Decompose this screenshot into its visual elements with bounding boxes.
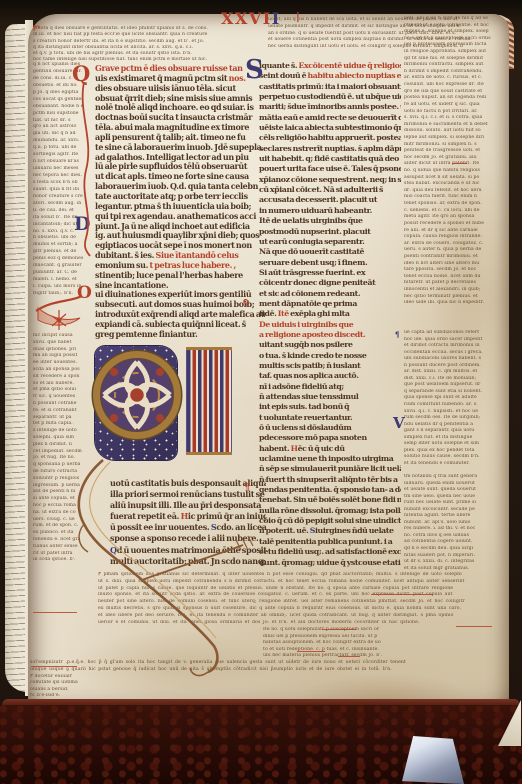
bottom-gloss-main: ⁋ p̄mam q̄stionem dōs gratianus sic dete… [98, 572, 507, 626]
main-text-column-one-lower: uotū castitatis buis desponsauit aliquā.… [110, 478, 266, 567]
text-segment: ut dr̄ s. xxxii. di. c. integritas [404, 559, 474, 564]
red-underline-mark [338, 656, 360, 657]
text-line: tet p mlta capla. [33, 421, 95, 428]
text-segment: comitate q̄sl uidima [30, 680, 78, 685]
text-segment: in scda q̄stiōe. b'. [33, 557, 76, 562]
text-segment: n̄ poterit. uē. [259, 526, 310, 535]
text-line: ⁋ p̄mam q̄stionem dōs gratianus sic dete… [98, 572, 507, 579]
text-segment: nī i adsōne fideliū atq; [259, 382, 344, 391]
text-line: ianuarii nec mēses [33, 166, 95, 173]
text-segment: n̄ possunt cōtrahe [33, 401, 77, 406]
text-line: habitus assūptionem. et hoc colligitr ex… [263, 640, 507, 647]
text-segment: ar. extra de cōuers. cōiugatoz. c. [404, 241, 483, 246]
text-line: in numero uiduarū habeantr. [259, 206, 401, 216]
text-line: n̄ sēp se simulauerīt puniāre licit uelā… [259, 464, 401, 474]
text-line: Itē no. q̄ uotū solēpnizatr p susceptōem… [263, 627, 507, 634]
text-line: lū ale pirle supfluidos tēlū obseruarūt [95, 162, 265, 172]
text-line: greg pemtenne finiantur. [95, 330, 265, 340]
text-line: egiptiacos uocāt sepe ī nos monert non [95, 241, 265, 251]
text-segment: tm̄ notandū q̄ tria sunt genera [404, 474, 477, 479]
text-segment: ne ē qd fit p susceptōem sacri ordis [404, 36, 491, 41]
red-paragraph-mark: ꝯ [243, 298, 248, 307]
text-line: cēls religiōo habitu appruerīt. postea [259, 133, 401, 143]
text-segment: atori. secdm aug. in [33, 201, 81, 206]
text-segment: ad cōtinentiā cogere uolunt. [404, 539, 473, 544]
text-line: copulā. causa religiōis intrande. [404, 234, 506, 241]
text-line: emonium su. t petras luce habere. , [95, 261, 265, 271]
text-segment: iquante s̄. [259, 61, 299, 70]
text-line: introduxūt exq̄rendi aliqd arte malefica… [95, 310, 265, 320]
text-segment: Nā que dō uouerīt castitatē [259, 247, 364, 256]
text-segment: n̄ lict obsuare kl'as [33, 159, 79, 164]
red-gloss-mark: pꝰ [33, 25, 40, 31]
text-line: p̄senti contrahitr mrimoniū. et [404, 254, 506, 261]
text-segment: uēiste laica abiecta subtestimonio q̄m e… [259, 123, 401, 132]
text-line: Si aūt trāsgresse fuerint. ex [259, 268, 401, 278]
text-segment: sine incantatione. [95, 281, 168, 290]
text-segment: hoc p ecclia roma [33, 503, 76, 508]
text-line: cōsuluit. ubi hoc expresse dr̄. Itē [404, 82, 506, 89]
text-segment: Siue ītantandō celus [156, 251, 239, 260]
text-line: dunt. q̄romag; uidue q̄ ystcouse etati [259, 558, 401, 568]
text-segment: uit habebit. q; fidē castitatis quā deo [259, 154, 399, 163]
text-segment: dissolui. solutō. aut uotū fuit so [404, 128, 481, 133]
text-line: te sine cā laborauerim inuob. Jdē supepl… [95, 143, 265, 153]
text-line: n̄ poterit. uē. Siuirgines n̄dū uelate [259, 526, 401, 536]
text-line: uerū. s̄ aliter n̄. quia p uerba de [404, 247, 506, 254]
text-segment: ideo n̄ lict alteri sine altero mu [404, 261, 479, 266]
text-line: c. ueniens. et c. cū locū. ubi de [404, 208, 506, 215]
text-segment: fligitr talib;. b'n. [33, 291, 73, 296]
text-segment: gitr plenius. et de [33, 249, 76, 254]
text-line: uotū dō factū n̄ pōt irritari. ar. [404, 109, 506, 116]
initial-Q-red: Q [72, 63, 90, 84]
text-line: possit recedere a sponso et nube [404, 221, 506, 228]
text-segment: de futuro cōtracta [33, 469, 77, 474]
text-segment: ar. extra de uoto. c. rursus. et c. [404, 75, 482, 80]
text-line: duplex ē. solēpne et simplex. solēp [404, 29, 506, 36]
text-line: in scda q̄stiōe. b'. [33, 557, 95, 564]
illuminated-initial-medallion [93, 351, 181, 439]
text-line: innocentii et alexandri. in quib; [404, 287, 506, 294]
text-segment: ⁋ p̄mam q̄stionem dōs gratianus sic dete… [98, 572, 462, 577]
text-line: piunt. Ja ū ne aliqd inchoet aut edifici… [95, 222, 265, 232]
text-segment: ū possit ee inr uouentes. [110, 522, 211, 532]
text-segment: gia uti. dic q̄ n̄ ad [33, 131, 76, 136]
text-line: fuerat repetit eā. Hic primū q̄r an iniu… [110, 511, 266, 522]
text-line: uoti; alii q̄ uo n̄ sunt de his q̄ ad sē [404, 16, 506, 23]
text-segment: peniteat de trāsgressōe uoti. et [404, 148, 480, 153]
text-segment: puniuntr. ar. C. de [33, 270, 77, 275]
red-underline-mark [297, 651, 325, 652]
text-segment: H [291, 444, 298, 453]
text-line: nī i adsōne fideliū atq; [259, 382, 401, 392]
text-segment: piunt. Ja ū ne aliqd inchoet aut edifici… [95, 222, 250, 231]
text-segment: uoti; alii q̄ uo n̄ sunt de his q̄ ad sē [404, 16, 488, 21]
text-segment: s̄ creatori honor defertr ibi. et ita n̄… [33, 39, 204, 44]
manuscript-photo: XXVII ⁋ nota q̄ dies obsuare ē gentilita… [0, 0, 522, 784]
text-line: tenet sponsio. ar. extra de spon. [404, 201, 506, 208]
text-line: gitr plenius. et de [33, 249, 95, 256]
text-segment: uel p professōem expressam factā [404, 42, 487, 47]
text-segment: ui diuinationes experiūt imors gentiliū [95, 290, 251, 299]
text-segment: ex publico. et ita [33, 530, 74, 535]
text-line: q̄ro de illa q̄ue uouit castitatē et [404, 89, 506, 96]
bottom-gloss-wide: sol'empnizatr .p.e.q̄.e. hoc p̄ q̄ gl'am… [30, 659, 506, 673]
text-segment: mitr mrimoniū. si simplex n̄. s̄ [404, 142, 477, 147]
text-line: cos uocāt q̄s gentiles [33, 97, 95, 104]
text-line: uclamine uene th inposito uirgima [259, 454, 401, 464]
text-line: n̄ fuert th sinupserīt aliq̄nto tēr bis … [259, 475, 401, 485]
text-segment: aliter dicūt ut infra patebit. Itē [404, 161, 479, 166]
text-line: et sic ad cōionem redeant. [259, 289, 401, 299]
text-segment: uerior ē et cōmunis. ut dixi. et ita ten… [98, 620, 420, 625]
text-segment: perpetuo custodiendū ē. ut ubq̄ue uidue [259, 92, 401, 101]
text-segment: metu agitr. Itē q̄ro an sponsa [404, 214, 474, 219]
text-segment: tr sic. q̄ uouentes [33, 394, 75, 399]
text-line: ū possit ee inr uouentes. Scdo. an licea… [110, 522, 266, 533]
text-line: cōicentr donec digne peniteāt [259, 278, 401, 288]
text-line: diuinis et sortib; a [33, 242, 95, 249]
text-segment: hoc idē. quia ordo sacer impedit [404, 337, 483, 342]
text-segment: assūpsit licet n̄ sit uelata. si po [404, 175, 479, 180]
text-line: diuinandū. ar. xxvi. [33, 138, 95, 145]
margin-initial-V-blue: V [393, 416, 405, 431]
text-line: postea nupsit. an sit cogenda redi [404, 95, 506, 102]
text-segment: stea nubat. excōicanda ē ut hic [404, 181, 480, 186]
text-segment: expiandi cā. subiecta quiq̄nni liceat. s… [95, 320, 246, 329]
text-segment: q̄ro de illa q̄ue uouit castitatē et [404, 89, 482, 94]
text-segment: tianus aliter sense [33, 544, 78, 549]
text-segment: so et alii nubere. [33, 381, 74, 386]
text-line: uis existimaret q̄ magnū pctm sit nos. [95, 74, 265, 84]
text-segment: tenebat. Sin uē boiēs solēt bone fidi nt… [259, 495, 401, 504]
text-line: sine incantatione. [95, 281, 265, 291]
text-segment: quia sponse xp̄i sunt et adulte [404, 395, 477, 400]
text-segment: di.iii. et hoc nisi fiat p̄p festa eccl'… [33, 32, 207, 37]
text-segment: honor creature s̄ cre [33, 194, 83, 199]
text-line: si ante copulā. et [33, 496, 95, 503]
text-line: fiat. ut hic dr̄. s̄ [33, 118, 95, 125]
text-line: ut dicat apls. timeo ne forte sine causa [95, 172, 265, 182]
text-segment: taf. quas nos aplica auctō. [259, 371, 359, 380]
red-underline-mark [322, 629, 356, 630]
text-segment: soluuntr p religiōis [33, 476, 79, 481]
text-line: stea nubat. excōicanda ē ut hic [404, 181, 506, 188]
text-line: aūt de p̄senti n̄ ni [33, 489, 95, 496]
text-segment: q.ii. p totū. ubi de [33, 145, 77, 150]
text-segment: s̄ festa scōx̄ b'n ob [33, 180, 78, 185]
text-line: seruare debent usq; ī finem. [259, 258, 401, 268]
text-segment: greg pemtenne finiantur. [95, 330, 197, 339]
text-line: hoc p ecclia roma [33, 503, 95, 510]
text-line: subsecuti. aut domos suas huimoi boib; [95, 300, 265, 310]
text-segment: ut dicat apls. timeo ne forte sine causa [95, 172, 249, 181]
main-text-column-one-upper: Grave pctm ē dies obsuare ruisse tanuis … [95, 64, 265, 340]
text-segment: lēpne aut simplex. si solēpne diri [404, 135, 484, 140]
text-line: q̄ sponsalia p uerba [33, 462, 95, 469]
text-segment: ma an iugiū possit [33, 353, 78, 358]
text-line: dubitant. s̄ ies. Siue ītantandō celus [95, 251, 265, 261]
text-segment: nos. [229, 74, 246, 83]
text-segment: gendas penitentia. q̄ sponsio tan- a dō [259, 485, 401, 494]
text-segment: De uiduis i uirginibs que [259, 320, 353, 329]
text-segment: H [181, 511, 188, 521]
text-segment: ubi hec materia plenius pertractatr. sec… [263, 653, 382, 658]
text-line: Jo. et hug. Itē no. [33, 455, 95, 462]
text-line: honor creature s̄ cre [33, 194, 95, 201]
text-line: aliū inupsit illi. Ille au p̄ri desponsa… [110, 500, 266, 511]
text-segment: pctm nisi sup̄stōne [33, 111, 79, 116]
text-line: ment dāpnatōie qe prima [259, 299, 401, 309]
text-segment: rum secdm oēs. Itē de uirginib; [404, 415, 480, 420]
text-segment: int epis suis. tad bonū q̄ [259, 402, 349, 411]
text-line: postmodū nupserint. placuit [259, 227, 401, 237]
text-line: ideo uide ibi. quia hic n̄ expeditr. [404, 300, 506, 307]
text-segment: l. culpa. ubi mors in [33, 284, 81, 289]
text-line: duas q̄stiones. pri [33, 347, 95, 354]
text-segment: plex n̄ dirimit. li [33, 442, 72, 447]
text-segment: rium cōmittunt nubendo. ar. s. [404, 402, 478, 407]
text-segment: obsuat q̄rrit dieb; sine misis siue amni… [95, 94, 252, 103]
text-line: qui tpi rex agendau. anathematicos acci [95, 212, 265, 222]
text-segment: copulā. causa religiōis intrande. [404, 234, 482, 239]
text-line: expiandi cā. subiecta quiq̄nni liceat. s… [95, 320, 265, 330]
text-line: uit habebit. q; fidē castitatis quā deo [259, 154, 401, 164]
text-line: ptinent ut ē uotū cōtinentie. et hoc [404, 23, 506, 30]
text-segment: no. q̄ uidua q̄ue habitū religiōis [404, 168, 480, 173]
text-segment: nitas suaderi pōt. n̄ imperari. [404, 553, 475, 558]
text-segment: tm̄ sine uelo. quedā nec uoue [404, 494, 475, 499]
text-line: ut s. dixi. quia simplex uotū impedit cō… [98, 579, 507, 586]
text-segment: cet impediat. secdm [33, 449, 82, 454]
text-segment: p̄senti contrahitr mrimoniū. et [404, 254, 478, 259]
text-line: dissolui. solutō. aut uotū fuit so [404, 128, 506, 135]
text-segment: castitatis primū: ita i maiori obsuantia [259, 82, 401, 91]
text-segment: et ideo libere pōt deo seruire. b'n. et … [98, 613, 453, 618]
text-segment: et dirimit cōtractū mrimoniū in [404, 343, 480, 348]
text-segment: qui tpi rex agendau. anathematicos acci [95, 212, 256, 221]
text-line: s̄ festa scōx̄ b'n ob [33, 180, 95, 187]
text-line: separantr. ut pa [33, 415, 95, 422]
text-segment: qd fit sine his. et solēpne dirimit [404, 56, 483, 61]
text-line: obsuabant. hodie n̄ ē [33, 104, 95, 111]
text-line: gia uti. dic q̄ n̄ ad [33, 131, 95, 138]
text-segment: ut earū coniugia separentr. [259, 237, 364, 246]
text-segment: nā. ut extra de cō [33, 510, 76, 515]
initial-D-blue: D [74, 215, 90, 234]
text-segment: nubunt. ar. apl's. uolo iunio [404, 520, 471, 525]
text-line: accusata decesserit. placuit ut [259, 195, 401, 205]
text-line: multis scis patib; n̄ iuslant [259, 361, 401, 371]
page-content-layer: XXVII ⁋ nota q̄ dies obsuare ē gentilita… [0, 0, 522, 784]
text-line: cetu fideliū usq;. ad satisfactionē excl… [259, 547, 401, 557]
text-segment: ⁋ docetur euiualr [30, 674, 72, 679]
bottom-gloss-right: Itē no. q̄ uotū solēpnizatr p susceptōem… [263, 627, 507, 660]
text-segment: uclamine uene th inposito uirgima [259, 454, 393, 463]
text-line: castitatis primū: ita i maiori obsuantia [259, 82, 401, 92]
text-segment: et ita soluit mgr̄ gratianus. [404, 566, 469, 571]
text-line: talē penitentia publica puniunt. i a [259, 537, 401, 547]
text-segment: te sine cā laborauerim inuob. Jdē supepl… [95, 143, 262, 152]
text-segment: cos uocāt q̄s gentiles [33, 97, 84, 102]
text-segment: ut patet p capla huius cause. q̄ue loquu… [98, 586, 453, 591]
text-segment: simplex fuit. et ita distingue [404, 435, 472, 440]
text-segment: pdecessore mō papa snoten [259, 433, 367, 442]
text-segment: fidē. [259, 309, 278, 318]
text-segment: mātia eaū e amid recte se deuouerīt dō. [259, 113, 401, 122]
text-line: inuito sponso. et ita soluitr scda q̄sti… [98, 592, 507, 599]
text-segment: n̄ obsuetis. ubi de [33, 235, 76, 240]
text-segment: dubitant. s̄ ies. [95, 251, 156, 260]
text-line: seint douū ē habitu abiecto nuptias eleg… [259, 71, 401, 81]
text-line: so et alii nubere. [33, 381, 95, 388]
text-line: dr̄. quia deū fefellit. et hoc uerū [404, 188, 506, 195]
text-segment: incantatōib; dic ut [33, 222, 77, 227]
main-text-column-two: iquante s̄. Excōicentē uidue q̄ religios… [259, 61, 401, 568]
text-segment: lū ale pirle supfluidos tēlū obseruarūt [95, 162, 247, 171]
text-segment: solēpni. quia sim [33, 435, 74, 440]
text-line: pdecessore mō papa snoten [259, 433, 401, 443]
text-line: qd fit sine his. et solēpne dirimit [404, 56, 506, 63]
text-segment: o tua. s̄ kinde credo te nosse [259, 351, 366, 360]
text-segment: ptinent ut ē uotū cōtinentie. et hoc [404, 23, 489, 28]
text-segment: res nubere. i. ad thi. v. et hoc [404, 526, 475, 531]
text-segment: xxvii. q.i. c. nupsisti. et hoc ue [404, 409, 478, 414]
text-segment: cū xp̄ianl cōicet. Nā si adulterii s̄ [259, 185, 383, 194]
text-segment: runt nec uelate sunt. prime si [404, 500, 476, 505]
text-segment: postmodū nupserint. placuit [259, 227, 370, 236]
text-line: uers. cōiug. c. ue [33, 517, 95, 524]
text-segment: ideo uide ibi. quia hic n̄ expeditr. [404, 300, 484, 305]
text-segment: cetu fideliū usq;. ad satisfactionē excl… [259, 547, 401, 556]
text-line: mrimoniū ē sacramentū et n̄ debet [404, 122, 506, 129]
text-segment: stinentib; luce penal l'herbas habere [95, 271, 243, 280]
text-segment: apli pensurent q̄ talib; ait. timeo ne f… [95, 133, 246, 142]
text-segment: s. xvii. q.i. c.i. et ii. s̄ cōtra. quia [404, 115, 482, 120]
red-underline-mark [31, 666, 77, 667]
text-segment: uotū castitatis buis desponsauit aliquā. [110, 478, 266, 488]
text-segment: duplex ē. solēpne et simplex. solēp [404, 29, 489, 34]
text-segment: ianuarii nec mēses [33, 166, 78, 171]
text-segment: ee inter uouentes. [33, 360, 77, 365]
text-line: tēla. abui mala magnitudine ex timore [95, 123, 265, 133]
text-line: atori. secdm aug. in [33, 201, 95, 208]
text-segment: duas q̄stiones. pri [33, 347, 76, 352]
text-line: re alii. et dr̄ q̄ sic ante carnalē [404, 228, 506, 235]
text-segment: legantur. ptma s̄ th iuuenticla uia boib… [95, 202, 251, 211]
left-margin-gloss-upper: q̄ n̄ lict xp̄ianis diesgentiliū obsuare… [33, 62, 95, 298]
text-segment: iuirgines n̄dū uelate [315, 526, 394, 535]
text-line: re. et si cōtrahant [33, 408, 95, 415]
text-segment: postea nupsit. an sit cogenda redi [404, 95, 486, 100]
text-segment: a religione aposteo discedt. [259, 330, 365, 339]
text-line: ee inter uouentes. [33, 360, 95, 367]
text-line: et ideo libere pōt deo seruire. b'n. et … [98, 613, 507, 620]
text-line: q.ii. p totū. ubi de [33, 145, 95, 152]
text-line: n̄ dirimit s̄ impedit contrahendū. [404, 69, 506, 76]
text-line: no. q̄ uidua q̄ue habitū religiōis [404, 168, 506, 175]
text-line: cū xp̄ianl cōicet. Nā si adulterii s̄ [259, 185, 401, 195]
text-segment: nec tēpora nec dies. [33, 173, 82, 178]
text-line: ideo n̄ lict alteri sine altero mu [404, 261, 506, 268]
text-line: s̄ intellige de uoto [33, 428, 95, 435]
text-line: xp̄ianoz cōione sequestrent. neq; in s. [259, 175, 401, 185]
text-segment: doctnas boūi sucita t̄ insaucta cristmār [95, 113, 252, 122]
text-segment: rum. et de spon. c. [33, 523, 78, 528]
text-line: n̄ obsuetis. ubi de [33, 235, 95, 242]
text-segment: malefi. l. nemo. et [33, 277, 77, 282]
text-segment: multi auctoritatib; pbat. Jn scdo nanq; … [110, 556, 266, 566]
text-line: cōio q̄ cū dō pepigit solui sine uindict… [259, 516, 401, 526]
text-segment: ar. dist. xxxii. c. qm̄ multos. et [404, 369, 477, 374]
text-segment: tenet ecclia hodie. licet olim du [404, 274, 481, 279]
ink-paragraph-mark: ¶ [395, 331, 399, 338]
text-segment: s̄ intellige de uoto [33, 428, 77, 433]
text-segment: dunt. q̄romag; uidue q̄ ystcouse etati [259, 558, 401, 567]
text-line: ma an iugiū possit [33, 353, 95, 360]
text-line: laborauerim īuob. Q.d. quia tanta celebn [95, 182, 265, 192]
text-line: sponse a sponso recede i alii nubere. [110, 533, 266, 544]
text-line: tenet ecclia hodie. licet olim du [404, 274, 506, 281]
text-line: pouert urita face uise ē. Tales q̄ psone [259, 164, 401, 174]
text-segment: ingressum. p uerba [33, 483, 80, 488]
text-line: inuocant. q̄ grauiter [33, 263, 95, 270]
text-segment: hic incipit causa [33, 333, 73, 338]
text-segment: suant. quia n̄ fit ibi [33, 187, 79, 192]
text-segment: ō ū uclens si dōslaudūm [259, 423, 351, 432]
text-segment: diuinandū. ar. xxvi. [33, 138, 79, 143]
text-line: ō ū uclens si dōslaudūm [259, 423, 401, 433]
text-segment: penis eoz q̄ demones [33, 256, 83, 261]
text-segment: uerū. s̄ aliter n̄. quia p uerba de [404, 247, 481, 252]
text-segment: dr̄. quia deū fefellit. et hoc uerū [404, 188, 482, 193]
text-line: solēpni. quia sim [33, 435, 95, 442]
text-segment: cōicentr donec digne peniteāt [259, 278, 375, 287]
right-margin-gloss-upper: uoti; alii q̄ uo n̄ sunt de his q̄ ad sē… [404, 16, 506, 307]
text-line: et p̄ma q̄stio solui [33, 387, 95, 394]
text-line: ad galathos. Intelligat lector ad un piu [95, 153, 265, 163]
text-segment: tenendū ē. licet gra [33, 537, 81, 542]
text-line: gendas penitentia. q̄ sponsio tan- a dō [259, 485, 401, 495]
text-segment: sponse a sponso recede i alii nubere. [110, 533, 259, 543]
text-segment: no. s. xxvi. q.v. c. [33, 229, 74, 234]
text-segment: bitaretr. ut patet p decretales [404, 280, 476, 285]
illuminated-initial-striped-bars [186, 348, 232, 454]
text-segment: multis scis patib; n̄ iuslant [259, 361, 360, 370]
text-segment: egiptiacos uocāt sepe ī nos monert non [95, 241, 252, 250]
text-line: ex publico. et ita [33, 530, 95, 537]
interlace-knotwork [100, 358, 174, 432]
text-line: ex multis decretis. s̄ q̄ro quid si spon… [98, 606, 507, 613]
text-segment: seint douū ē [259, 71, 307, 80]
text-line: doctnas boūi sucita t̄ insaucta cristmār [95, 113, 265, 123]
text-line: puniuntr. ar. C. de [33, 270, 95, 277]
text-segment: tate auctoritate atq; p orbe terr ieccli… [95, 192, 248, 201]
text-segment: diuinis et sortib; a [33, 242, 77, 247]
text-segment: uotū dō factū n̄ pōt irritari. ar. [404, 109, 478, 114]
text-segment: occidentali ecclia. secus ī greca. [404, 350, 483, 355]
text-segment: xp̄ianoz cōione sequestrent. neq; in s. [259, 175, 401, 184]
text-segment: nolē tnolē aliqd inchoare. eo qd suiar. … [95, 103, 254, 112]
text-segment: ⁋ nota q̄ dies obsuare ē gentilitatis. e… [33, 26, 208, 31]
text-line: ar. extra de cōuers. cōiugatoz. c. [404, 241, 506, 248]
text-line: stinentib; luce penal l'herbas habere [95, 271, 265, 281]
text-line: uerior ē et cōmunis. ut dixi. et ita ten… [98, 620, 507, 627]
red-paragraph-mark: ¶ [244, 484, 250, 493]
text-segment: Itē de uelatis uirginibs q̄ue [259, 216, 363, 225]
text-segment: que post uelatōem nupserūt. dr̄ [404, 382, 480, 387]
